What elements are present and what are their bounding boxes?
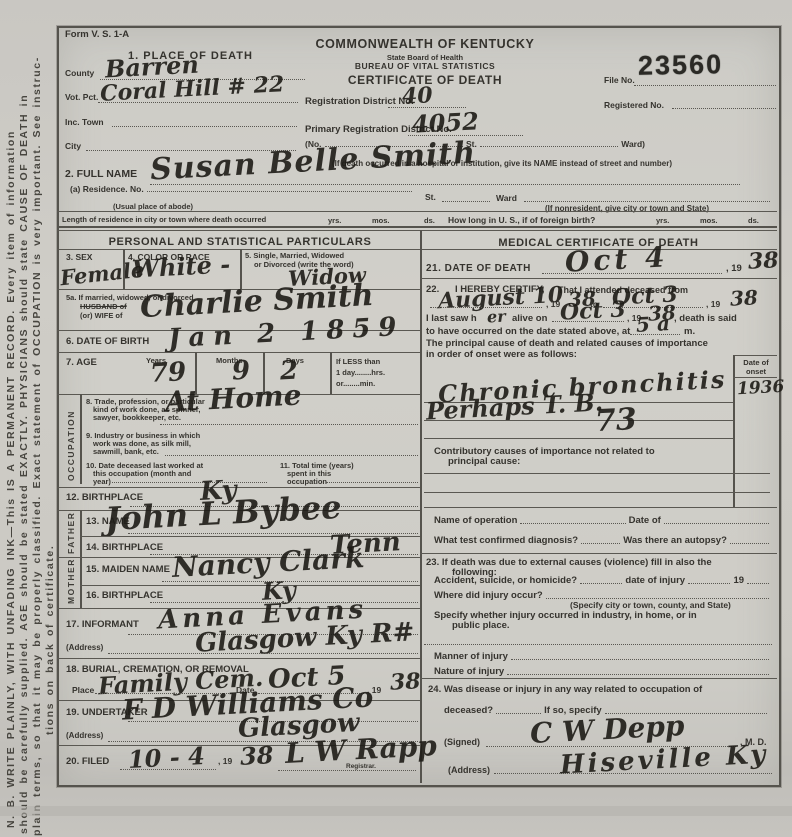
residence-st-line xyxy=(442,201,490,202)
cause-1-onset: 1936 xyxy=(737,379,785,398)
last-worked-line xyxy=(112,482,267,483)
us-mos: mos. xyxy=(700,216,718,225)
informant-address-label: (Address) xyxy=(66,643,103,652)
father-strip-line xyxy=(80,510,82,608)
trade-value: At Home xyxy=(164,381,302,416)
last-saw-date: Oct 3 xyxy=(559,298,626,323)
filed-year-pre: , 19 xyxy=(218,756,232,766)
physician-signature: C W Depp xyxy=(529,712,685,748)
column-divider xyxy=(420,230,422,783)
sex-label: 3. SEX xyxy=(66,252,92,262)
age-less-label-3: or........min. xyxy=(336,379,375,388)
manner-row: Manner of injury xyxy=(434,651,772,662)
occupation-side-label: OCCUPATION xyxy=(66,410,76,481)
residence-ward-line xyxy=(524,201,770,202)
last-saw-line xyxy=(552,321,624,322)
row23-bottom xyxy=(420,678,777,679)
autopsy-line xyxy=(730,542,769,544)
test-row: What test confirmed diagnosis? Was there… xyxy=(434,535,772,546)
row21-bottom xyxy=(420,278,777,279)
residence-label: (a) Residence. No. xyxy=(70,184,144,194)
residence-row: (a) Residence. No. xyxy=(70,184,415,194)
informant-address-line xyxy=(108,653,418,654)
last-saw-label-a: I last saw h xyxy=(426,313,477,324)
titles-rule xyxy=(57,249,777,250)
registered-no-line xyxy=(672,108,776,109)
registration-district-value: 40 xyxy=(401,84,433,108)
specify-city-note: (Specify city or town, county, and State… xyxy=(570,600,731,610)
date-of-death-label: 21. DATE OF DEATH xyxy=(426,263,531,274)
dob-label: 6. DATE OF BIRTH xyxy=(66,336,149,347)
test-line xyxy=(581,542,620,544)
nature-label: Nature of injury xyxy=(434,666,504,677)
deceased-line xyxy=(496,712,541,714)
residence-ward-label: Ward xyxy=(496,193,517,203)
precinct-label: Vot. Pct. xyxy=(65,92,98,102)
last-worked-label-3: year) xyxy=(93,477,111,486)
age-divider-3 xyxy=(330,352,332,394)
mother-side-label: MOTHER xyxy=(66,558,76,604)
onset-header: Date ofonset xyxy=(735,358,777,376)
file-no-line xyxy=(634,85,776,86)
marital-label-1: 5. Single, Married, Widowed xyxy=(245,251,344,260)
double-rule-a xyxy=(57,226,777,228)
test-label: What test confirmed diagnosis? xyxy=(434,535,578,546)
specify-label-2: public place. xyxy=(452,620,510,631)
spouse-husband-label: HUSBAND of xyxy=(80,302,127,311)
accident-row: Accident, suicide, or homicide? date of … xyxy=(434,575,772,586)
contrib-line-2 xyxy=(424,492,770,493)
operation-date-line xyxy=(664,522,769,524)
physician-address-label: (Address) xyxy=(448,765,490,775)
date-injury-label: date of injury xyxy=(625,575,685,586)
attended-y2-pre: , 19 xyxy=(706,299,720,309)
filed-date-value: 10 - 4 xyxy=(127,744,205,772)
scan-band xyxy=(0,806,792,816)
total-time-label-3: occupation xyxy=(287,477,327,486)
accident-line xyxy=(580,582,622,584)
us-yrs: yrs. xyxy=(656,216,669,225)
filed-year-value: 38 xyxy=(239,743,274,769)
burial-year-value: 38 xyxy=(389,670,421,694)
date-of-death-line xyxy=(542,273,722,274)
where-injury-line xyxy=(546,597,769,599)
date-injury-line xyxy=(688,582,730,584)
filed-date-line xyxy=(120,769,216,770)
principal-cause-label-2: in order of onset were as follows: xyxy=(426,349,577,360)
residence-st-label: St. xyxy=(425,192,436,202)
registered-no-label: Registered No. xyxy=(604,100,664,110)
mother-inner-rule xyxy=(80,585,420,586)
mother-birthplace-label: 16. BIRTHPLACE xyxy=(86,590,163,601)
attended-y2-value: 38 xyxy=(729,287,758,308)
ward-label: Ward) xyxy=(621,139,645,149)
occupation-bottom xyxy=(57,487,420,488)
contrib-line-1 xyxy=(424,473,770,474)
occurred-time-line xyxy=(630,334,680,335)
manner-line xyxy=(511,658,769,660)
margin-note-line2: should be carefully supplied. AGE should… xyxy=(18,94,30,834)
specify-blank-line xyxy=(424,644,772,645)
occupation-question-label: 24. Was disease or injury in any way rel… xyxy=(428,684,702,695)
trade-line xyxy=(160,424,418,425)
cause-line-3 xyxy=(424,438,733,439)
form-number: Form V. S. 1-A xyxy=(65,29,129,40)
principal-cause-label-1: The principal cause of death and related… xyxy=(426,338,708,349)
manner-label: Manner of injury xyxy=(434,651,508,662)
spouse-wife-label: (or) WIFE of xyxy=(80,311,123,320)
father-birthplace-label: 14. BIRTHPLACE xyxy=(86,542,163,553)
contrib-line-3 xyxy=(424,507,777,508)
injury-19-line xyxy=(747,582,769,584)
registrar-line xyxy=(278,770,416,771)
st-line xyxy=(480,145,618,147)
row6-bottom xyxy=(57,352,420,353)
father-side-label: FATHER xyxy=(66,512,76,554)
occurred-label: to have occurred on the date stated abov… xyxy=(426,326,630,337)
full-name-label: 2. FULL NAME xyxy=(65,168,137,180)
autopsy-label: Was there an autopsy? xyxy=(623,535,727,546)
row345-divider-2 xyxy=(240,249,242,289)
personal-section-title: PERSONAL AND STATISTICAL PARTICULARS xyxy=(62,236,418,248)
inc-town-line xyxy=(112,126,297,127)
industry-label-3: sawmill, bank, etc. xyxy=(93,447,159,456)
operation-date-label: Date of xyxy=(629,515,661,526)
contributory-label-2: principal cause: xyxy=(448,456,520,467)
occurred-m-label: m. xyxy=(684,326,695,337)
double-rule-b xyxy=(57,230,777,231)
file-no-label: File No. xyxy=(604,75,635,85)
occurred-time: 5 a xyxy=(635,313,670,335)
county-label: County xyxy=(65,68,94,78)
date-of-death-value: Oct 4 xyxy=(564,243,669,276)
color-race-value: White - xyxy=(131,252,230,281)
last-saw-her: er xyxy=(487,309,506,326)
abode-note: (Usual place of abode) xyxy=(113,202,193,211)
undertaker-address-label: (Address) xyxy=(66,731,103,740)
file-number-stamp: 23560 xyxy=(638,49,724,81)
test-bottom-rule xyxy=(420,553,777,554)
burial-place-label: Place xyxy=(72,685,94,695)
mother-name-label: 15. MAIDEN NAME xyxy=(86,564,170,575)
age-label: 7. AGE xyxy=(66,357,97,368)
operation-line xyxy=(520,522,625,524)
primary-district-value: 4052 xyxy=(411,109,479,136)
length-mos: mos. xyxy=(372,216,390,225)
age-less-label-2: 1 day........hrs. xyxy=(336,368,385,377)
filed-label: 20. FILED xyxy=(66,756,109,767)
length-yrs: yrs. xyxy=(328,216,341,225)
us-ds: ds. xyxy=(748,216,759,225)
row345-divider-1 xyxy=(123,249,125,289)
dod-year-value: 38 xyxy=(747,249,779,273)
attended-y1-pre: , 19 xyxy=(546,299,560,309)
residence-line xyxy=(147,190,412,192)
city-label: City xyxy=(65,141,81,151)
length-ds: ds. xyxy=(424,216,435,225)
dod-year-pre: , 19 xyxy=(726,263,742,274)
commonwealth-title: COMMONWEALTH OF KENTUCKY xyxy=(310,37,540,51)
total-time-line xyxy=(326,482,418,483)
bureau-subtitle: BUREAU OF VITAL STATISTICS xyxy=(310,61,540,71)
operation-label: Name of operation xyxy=(434,515,517,526)
industry-line xyxy=(165,455,418,456)
where-injury-label: Where did injury occur? xyxy=(434,590,543,601)
age-less-label-1: If LESS than xyxy=(336,357,380,366)
signed-label: (Signed) xyxy=(444,737,480,747)
deceased-label: deceased? xyxy=(444,705,493,716)
length-residence-label: Length of residence in city or town wher… xyxy=(62,215,266,224)
margin-note-line4: tions on back of certificate. xyxy=(44,545,56,735)
cause-line-2 xyxy=(424,420,733,421)
occupation-strip-line xyxy=(80,394,82,484)
death-certificate-scan: N. B. WRITE PLAINLY, WITH UNFADING INK—T… xyxy=(0,0,792,837)
precinct-line xyxy=(98,102,298,103)
informant-label: 17. INFORMANT xyxy=(66,619,139,630)
registration-district-label: Registration District No. xyxy=(305,96,414,107)
inc-town-label: Inc. Town xyxy=(65,117,104,127)
margin-note-line1: N. B. WRITE PLAINLY, WITH UNFADING INK—T… xyxy=(5,130,17,828)
row17-bottom xyxy=(57,658,420,659)
onset-box-top xyxy=(733,355,777,356)
registrar-label: Registrar. xyxy=(346,763,376,770)
how-long-us-label: How long in U. S., if of foreign birth? xyxy=(448,215,595,225)
operation-row: Name of operation Date of xyxy=(434,515,772,526)
last-saw-label-c: , death is said xyxy=(674,313,737,324)
cause-3-value: 73 xyxy=(594,405,637,437)
age-years-value: 79 xyxy=(149,359,186,387)
injury-19-label: 19 xyxy=(733,575,744,586)
nature-line xyxy=(507,673,769,675)
nature-row: Nature of injury xyxy=(434,666,772,677)
margin-note-line3: plain terms, so that it may be properly … xyxy=(31,56,43,836)
onset-header-line1: Date of xyxy=(743,358,768,367)
accident-label: Accident, suicide, or homicide? xyxy=(434,575,577,586)
onset-header-line2: onset xyxy=(746,367,766,376)
header-rule-1 xyxy=(57,211,777,212)
last-saw-label-b: alive on xyxy=(512,313,547,324)
